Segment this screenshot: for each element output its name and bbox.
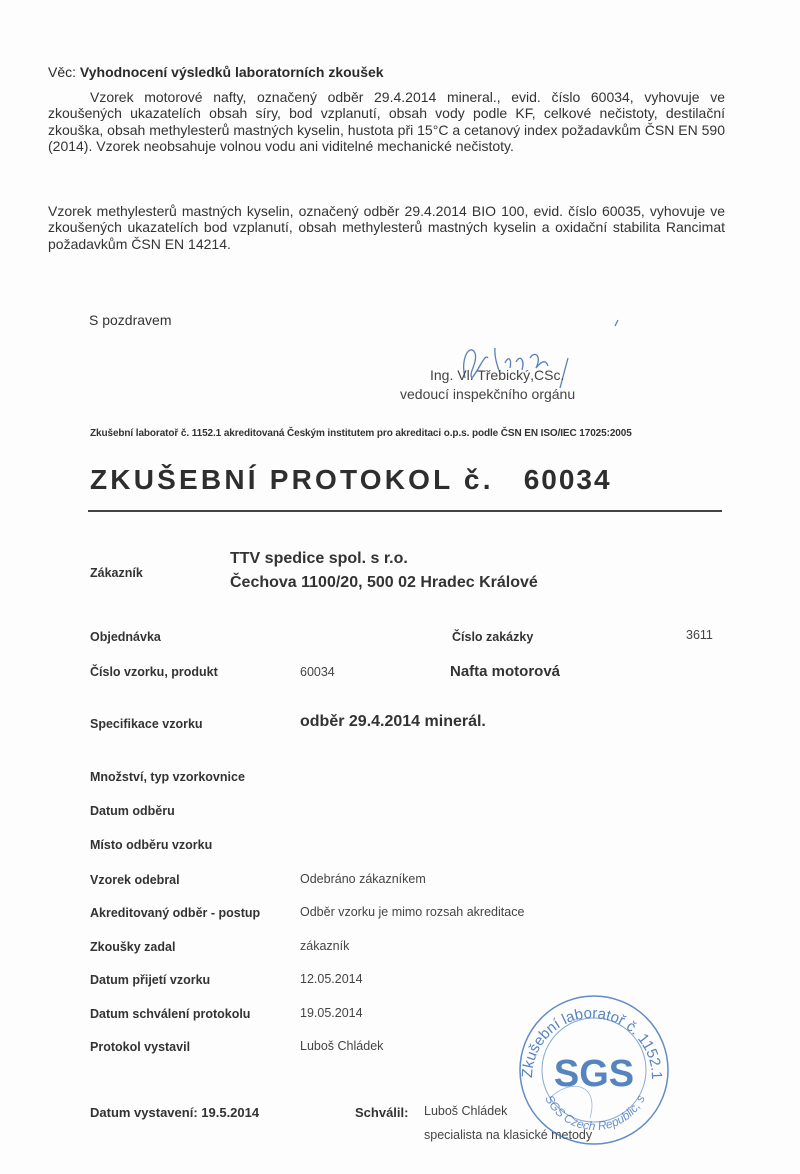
field-label: Datum schválení protokolu	[90, 1007, 250, 1021]
field-label: Protokol vystavil	[90, 1040, 190, 1054]
issue-date: Datum vystavení: 19.5.2014	[90, 1105, 259, 1120]
field-value: zákazník	[300, 939, 349, 953]
approved-name: Luboš Chládek	[424, 1104, 507, 1118]
protocol-title-text: ZKUŠEBNÍ PROTOKOL č.	[90, 464, 494, 495]
field-value: Luboš Chládek	[300, 1039, 383, 1053]
spec-value: odběr 29.4.2014 minerál.	[300, 713, 486, 731]
field-label: Množství, typ vzorkovnice	[90, 770, 245, 784]
customer-name: TTV spedice spol. s r.o.	[230, 550, 408, 568]
accreditation-note: Zkušební laboratoř č. 1152.1 akreditovan…	[90, 428, 632, 439]
customer-address: Čechova 1100/20, 500 02 Hradec Králové	[230, 574, 538, 592]
approved-label: Schválil:	[355, 1105, 408, 1120]
field-label: Místo odběru vzorku	[90, 838, 212, 852]
field-label: Akreditovaný odběr - postup	[90, 906, 260, 920]
letter-paragraph-2: Vzorek methylesterů mastných kyselin, oz…	[48, 203, 725, 252]
field-value: 12.05.2014	[300, 972, 363, 986]
sample-number: 60034	[300, 665, 335, 679]
field-value: Odebráno zákazníkem	[300, 872, 426, 886]
subject-prefix: Věc:	[48, 64, 76, 80]
field-value: 19.05.2014	[300, 1006, 363, 1020]
title-divider	[88, 510, 722, 512]
field-label: Vzorek odebral	[90, 873, 180, 887]
sgs-stamp-icon: Zkušební laboratoř č. 1152.1 SGS Czech R…	[510, 988, 675, 1153]
job-number-label: Číslo zakázky	[452, 630, 533, 644]
spec-label: Specifikace vzorku	[90, 717, 203, 731]
letter-paragraph-1: Vzorek motorové nafty, označený odběr 29…	[48, 89, 725, 155]
signer-name: Ing. Vl. Třebický,CSc.	[430, 367, 564, 383]
subject-text: Vyhodnocení výsledků laboratorních zkouš…	[80, 64, 384, 80]
protocol-number: 60034	[524, 464, 612, 495]
product-name: Nafta motorová	[450, 663, 560, 680]
greeting: S pozdravem	[89, 312, 171, 328]
field-label: Datum přijetí vzorku	[90, 973, 210, 987]
letter-subject: Věc: Vyhodnocení výsledků laboratorních …	[48, 64, 384, 80]
sample-label: Číslo vzorku, produkt	[90, 665, 218, 679]
svg-text:SGS: SGS	[554, 1053, 634, 1095]
signer-role: vedoucí inspekčního orgánu	[400, 386, 575, 402]
job-number: 3611	[686, 628, 713, 642]
field-label: Datum odběru	[90, 804, 175, 818]
field-value: Odběr vzorku je mimo rozsah akreditace	[300, 905, 524, 919]
protocol-title: ZKUŠEBNÍ PROTOKOL č.60034	[90, 464, 612, 496]
customer-label: Zákazník	[90, 566, 143, 580]
order-label: Objednávka	[90, 630, 161, 644]
field-label: Zkoušky zadal	[90, 940, 175, 954]
